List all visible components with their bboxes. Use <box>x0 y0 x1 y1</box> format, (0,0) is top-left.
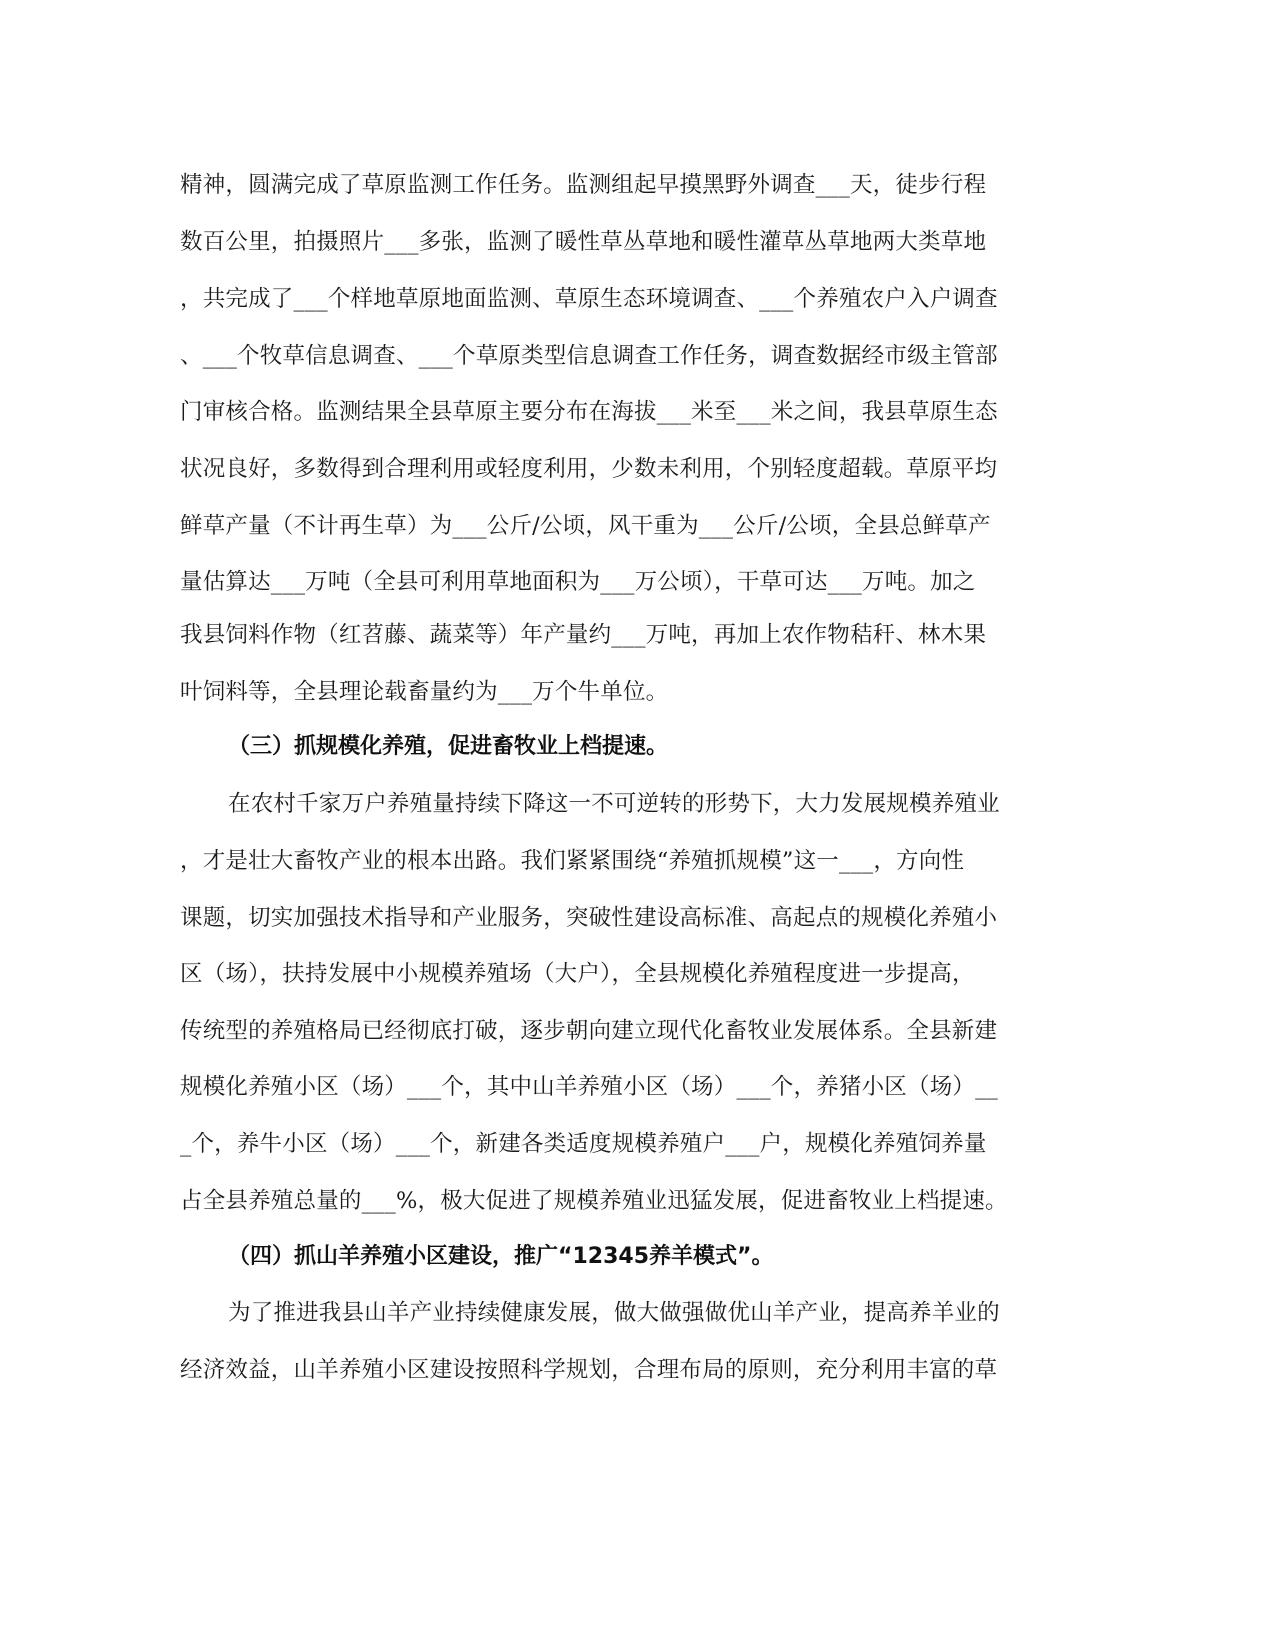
body-text-line: 量估算达___万吨（全县可利用草地面积为___万公顷），干草可达___万吨。加之 <box>180 567 1040 597</box>
body-text-line: 规模化养殖小区（场）___个，其中山羊养殖小区（场）___个，养猪小区（场）__ <box>180 1072 1040 1102</box>
body-text-line: ，才是壮大畜牧产业的根本出路。我们紧紧围绕“养殖抓规模”这一___，方向性 <box>180 846 1040 876</box>
body-text-line: 占全县养殖总量的___%，极大促进了规模养殖业迅猛发展，促进畜牧业上档提速。 <box>180 1186 1040 1216</box>
body-text-line: 、___个牧草信息调查、___个草原类型信息调查工作任务，调查数据经市级主管部 <box>180 341 1040 371</box>
body-text-line: 数百公里，拍摄照片___多张，监测了暖性草丛草地和暖性灌草丛草地两大类草地 <box>180 227 1040 257</box>
body-text-line: 门审核合格。监测结果全县草原主要分布在海拔___米至___米之间，我县草原生态 <box>180 397 1040 427</box>
body-text-line: 鲜草产量（不计再生草）为___公斤/公顷，风干重为___公斤/公顷，全县总鲜草产 <box>180 511 1040 541</box>
body-text-line: ，共完成了___个样地草原地面监测、草原生态环境调查、___个养殖农户入户调查 <box>180 284 1040 314</box>
document-page: 精神，圆满完成了草原监测工作任务。监测组起早摸黑野外调查___天，徒步行程 数百… <box>0 0 1275 1650</box>
body-text-line: 精神，圆满完成了草原监测工作任务。监测组起早摸黑野外调查___天，徒步行程 <box>180 170 1040 200</box>
body-text-line: _个，养牛小区（场）___个，新建各类适度规模养殖户___户，规模化养殖饲养量 <box>180 1129 1040 1159</box>
body-text-line: 状况良好，多数得到合理利用或轻度利用，少数未利用，个别轻度超载。草原平均 <box>180 454 1040 484</box>
body-text-line: 在农村千家万户养殖量持续下降这一不可逆转的形势下，大力发展规模养殖业 <box>228 789 1040 819</box>
body-text-line: 经济效益，山羊养殖小区建设按照科学规划，合理布局的原则，充分利用丰富的草 <box>180 1355 1040 1385</box>
body-text-line: 我县饲料作物（红苕藤、蔬菜等）年产量约___万吨，再加上农作物秸秆、林木果 <box>180 620 1040 650</box>
body-text-line: 课题，切实加强技术指导和产业服务，突破性建设高标准、高起点的规模化养殖小 <box>180 903 1040 933</box>
body-text-line: 叶饲料等，全县理论载畜量约为___万个牛单位。 <box>180 677 1040 707</box>
body-text-line: 传统型的养殖格局已经彻底打破，逐步朝向建立现代化畜牧业发展体系。全县新建 <box>180 1016 1040 1046</box>
body-text-line: 区（场），扶持发展中小规模养殖场（大户），全县规模化养殖程度进一步提高， <box>180 959 1040 989</box>
section-heading-4: （四）抓山羊养殖小区建设，推广“12345养羊模式”。 <box>228 1242 773 1272</box>
section-heading-3: （三）抓规模化养殖，促进畜牧业上档提速。 <box>228 732 668 762</box>
body-text-line: 为了推进我县山羊产业持续健康发展，做大做强做优山羊产业，提高养羊业的 <box>228 1298 1040 1328</box>
